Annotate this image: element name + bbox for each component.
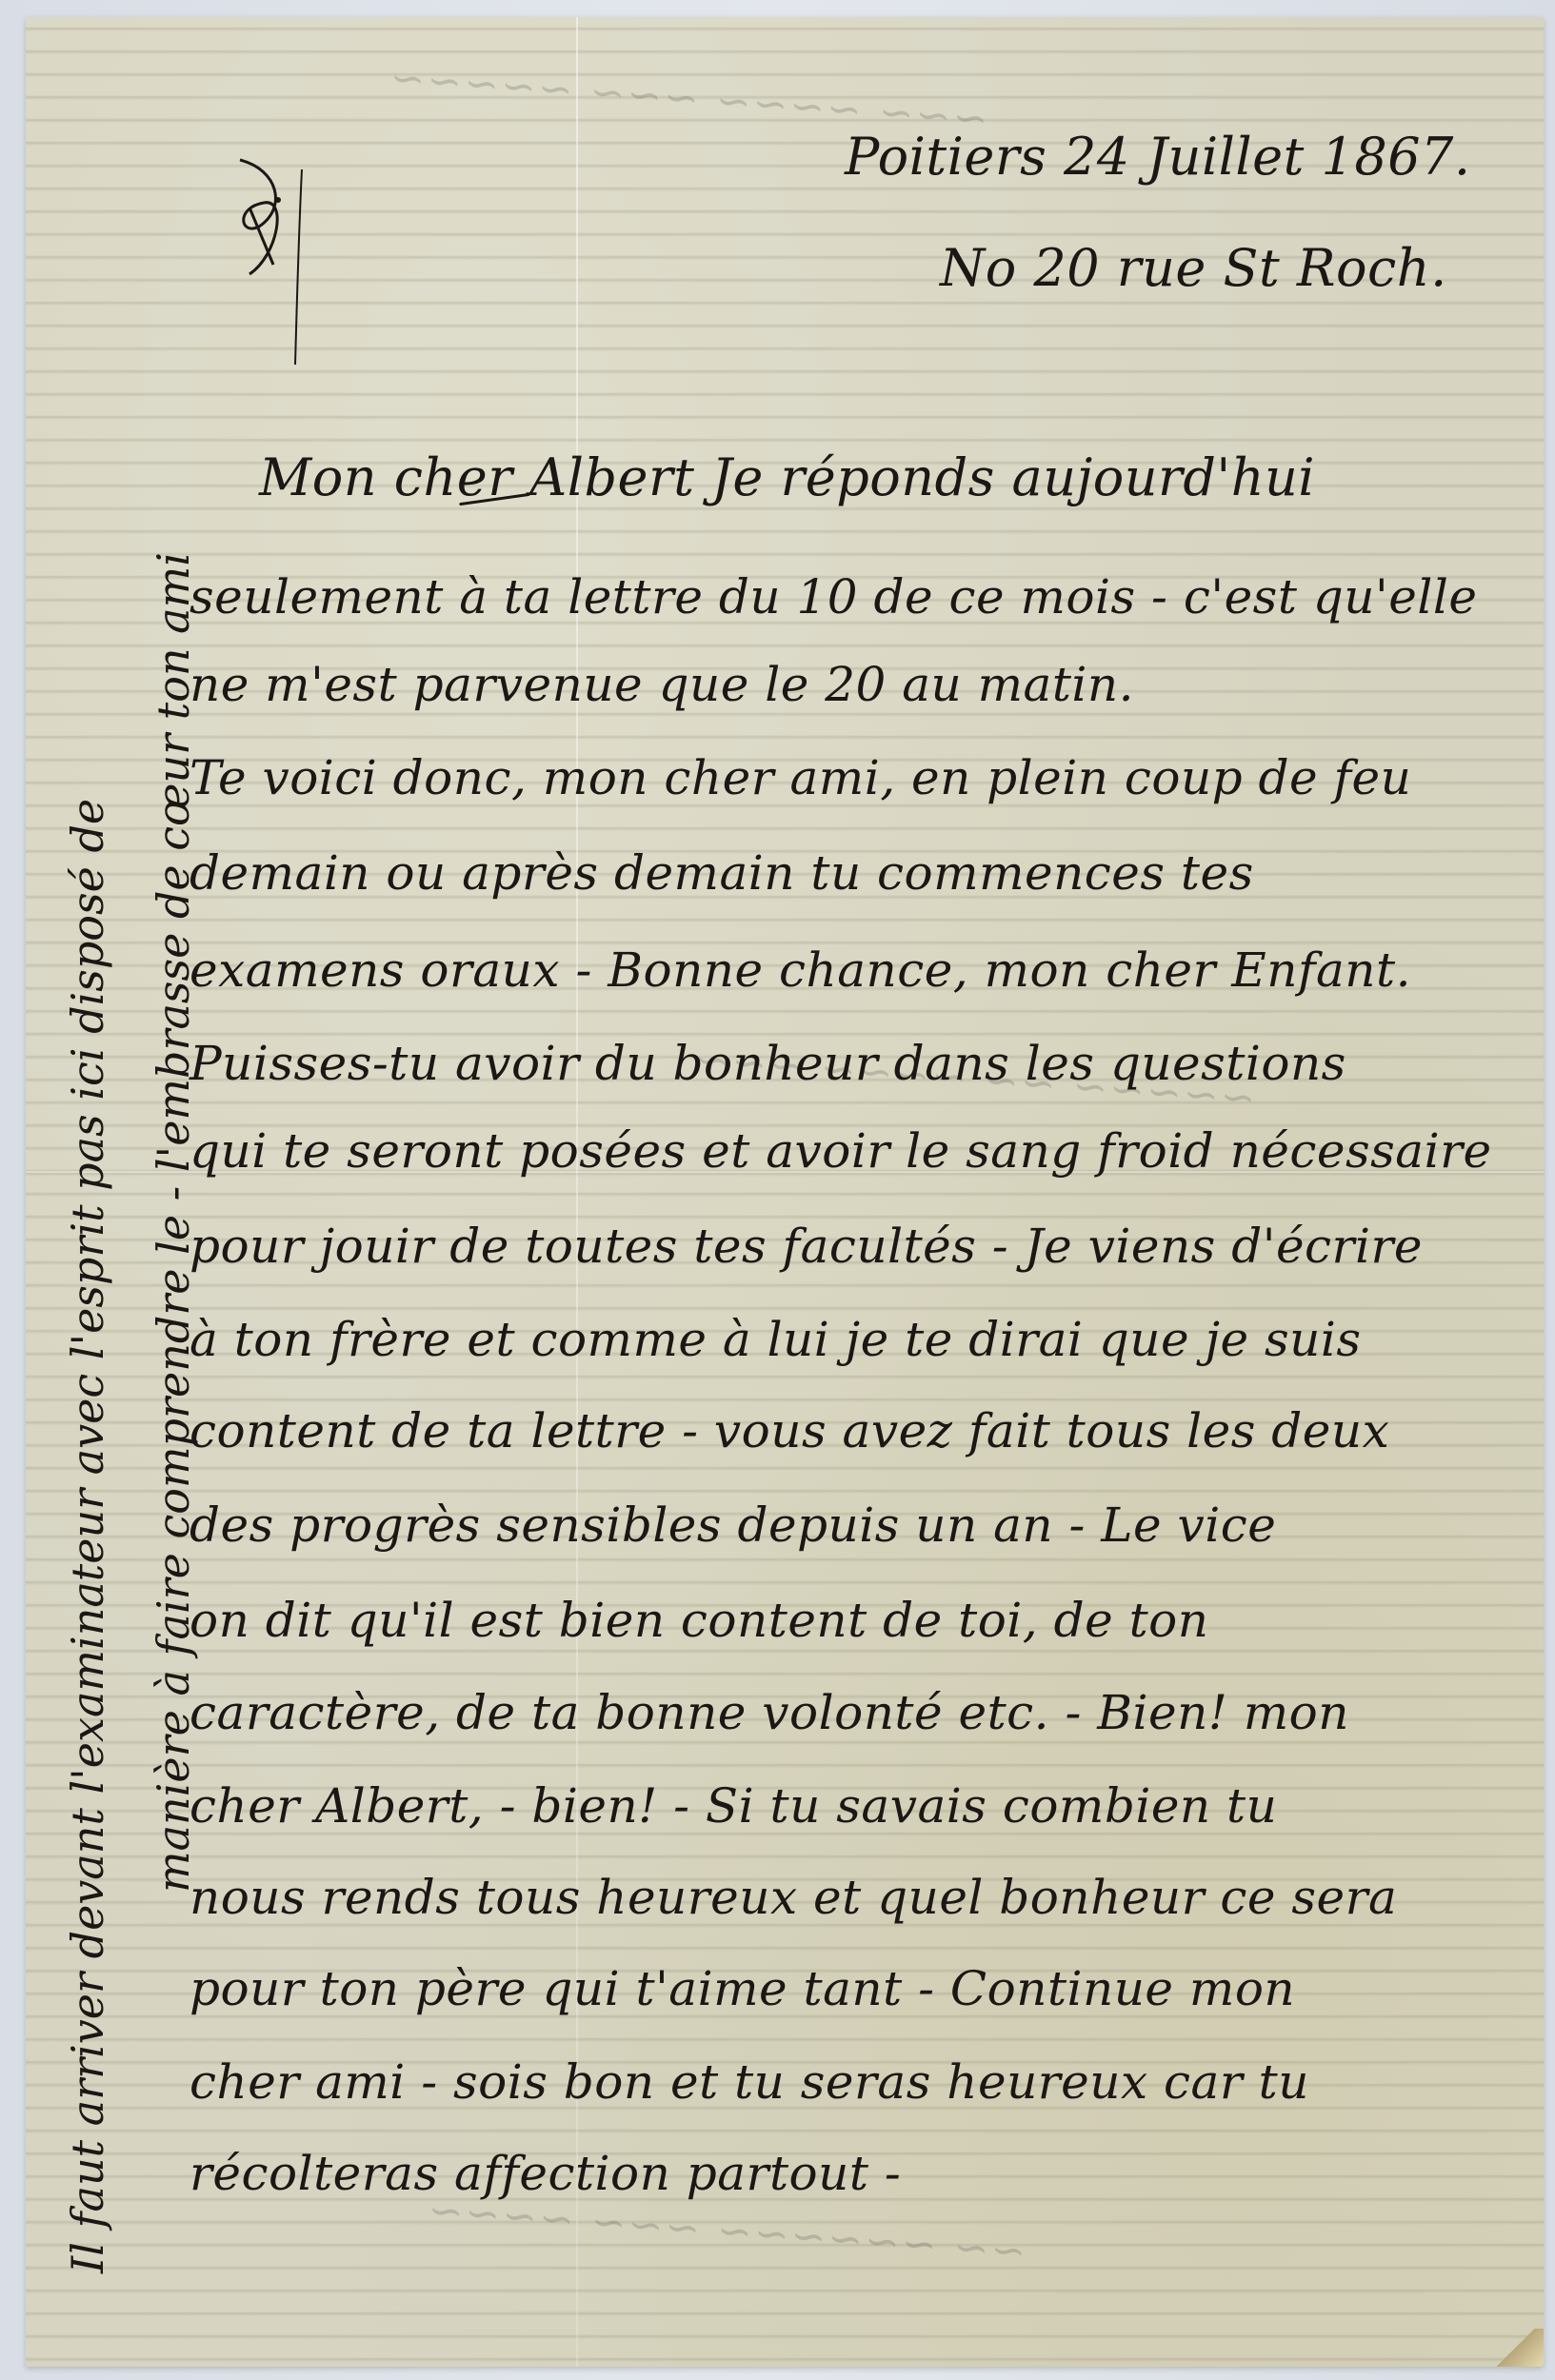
letter-page: ~~~ ~~~~ ~~~ ~~~~~ ~~~~~ ~~ ~~~~ ~~~ ~~ …: [26, 17, 1544, 2367]
photo-scene: ~~~ ~~~~ ~~~ ~~~~~ ~~~~~ ~~ ~~~~ ~~~ ~~ …: [0, 0, 1555, 2380]
body-line: demain ou après demain tu commences tes: [189, 845, 1254, 901]
curled-corner: [1486, 2329, 1544, 2367]
body-line: ne m'est parvenue que le 20 au matin.: [189, 657, 1134, 712]
body-line: à ton frère et comme à lui je te dirai q…: [189, 1312, 1362, 1367]
body-line: Puisses-tu avoir du bonheur dans les que…: [189, 1036, 1346, 1091]
body-line: cher ami - sois bon et tu seras heureux …: [189, 2054, 1309, 2110]
margin-line: manière à faire comprendre le - l'embras…: [148, 552, 199, 1893]
body-line: Mon cher Albert Je réponds aujourd'hui: [259, 447, 1315, 507]
address: No 20 rue St Roch.: [940, 238, 1447, 298]
body-line: on dit qu'il est bien content de toi, de…: [189, 1593, 1208, 1648]
body-line: nous rends tous heureux et quel bonheur …: [189, 1870, 1397, 1925]
body-line: seulement à ta lettre du 10 de ce mois -…: [189, 569, 1477, 625]
body-line: pour jouir de toutes tes facultés - Je v…: [189, 1219, 1423, 1274]
body-line: Te voici donc, mon cher ami, en plein co…: [189, 750, 1411, 805]
body-line: pour ton père qui t'aime tant - Continue…: [189, 1961, 1295, 2016]
body-line: qui te seront posées et avoir le sang fr…: [189, 1123, 1492, 1179]
margin-line: Il faut arriver devant l'examinateur ave…: [62, 799, 113, 2273]
body-line: content de ta lettre - vous avez fait to…: [189, 1403, 1389, 1458]
body-line: des progrès sensibles depuis un an - Le …: [189, 1497, 1276, 1553]
signature-flourish: [221, 150, 307, 369]
place-date: Poitiers 24 Juillet 1867.: [845, 127, 1471, 187]
body-line: cher Albert, - bien! - Si tu savais comb…: [189, 1778, 1277, 1834]
body-line: examens oraux - Bonne chance, mon cher E…: [189, 942, 1411, 998]
body-line: caractère, de ta bonne volonté etc. - Bi…: [189, 1685, 1349, 1740]
body-line: récolteras affection partout -: [189, 2146, 901, 2201]
